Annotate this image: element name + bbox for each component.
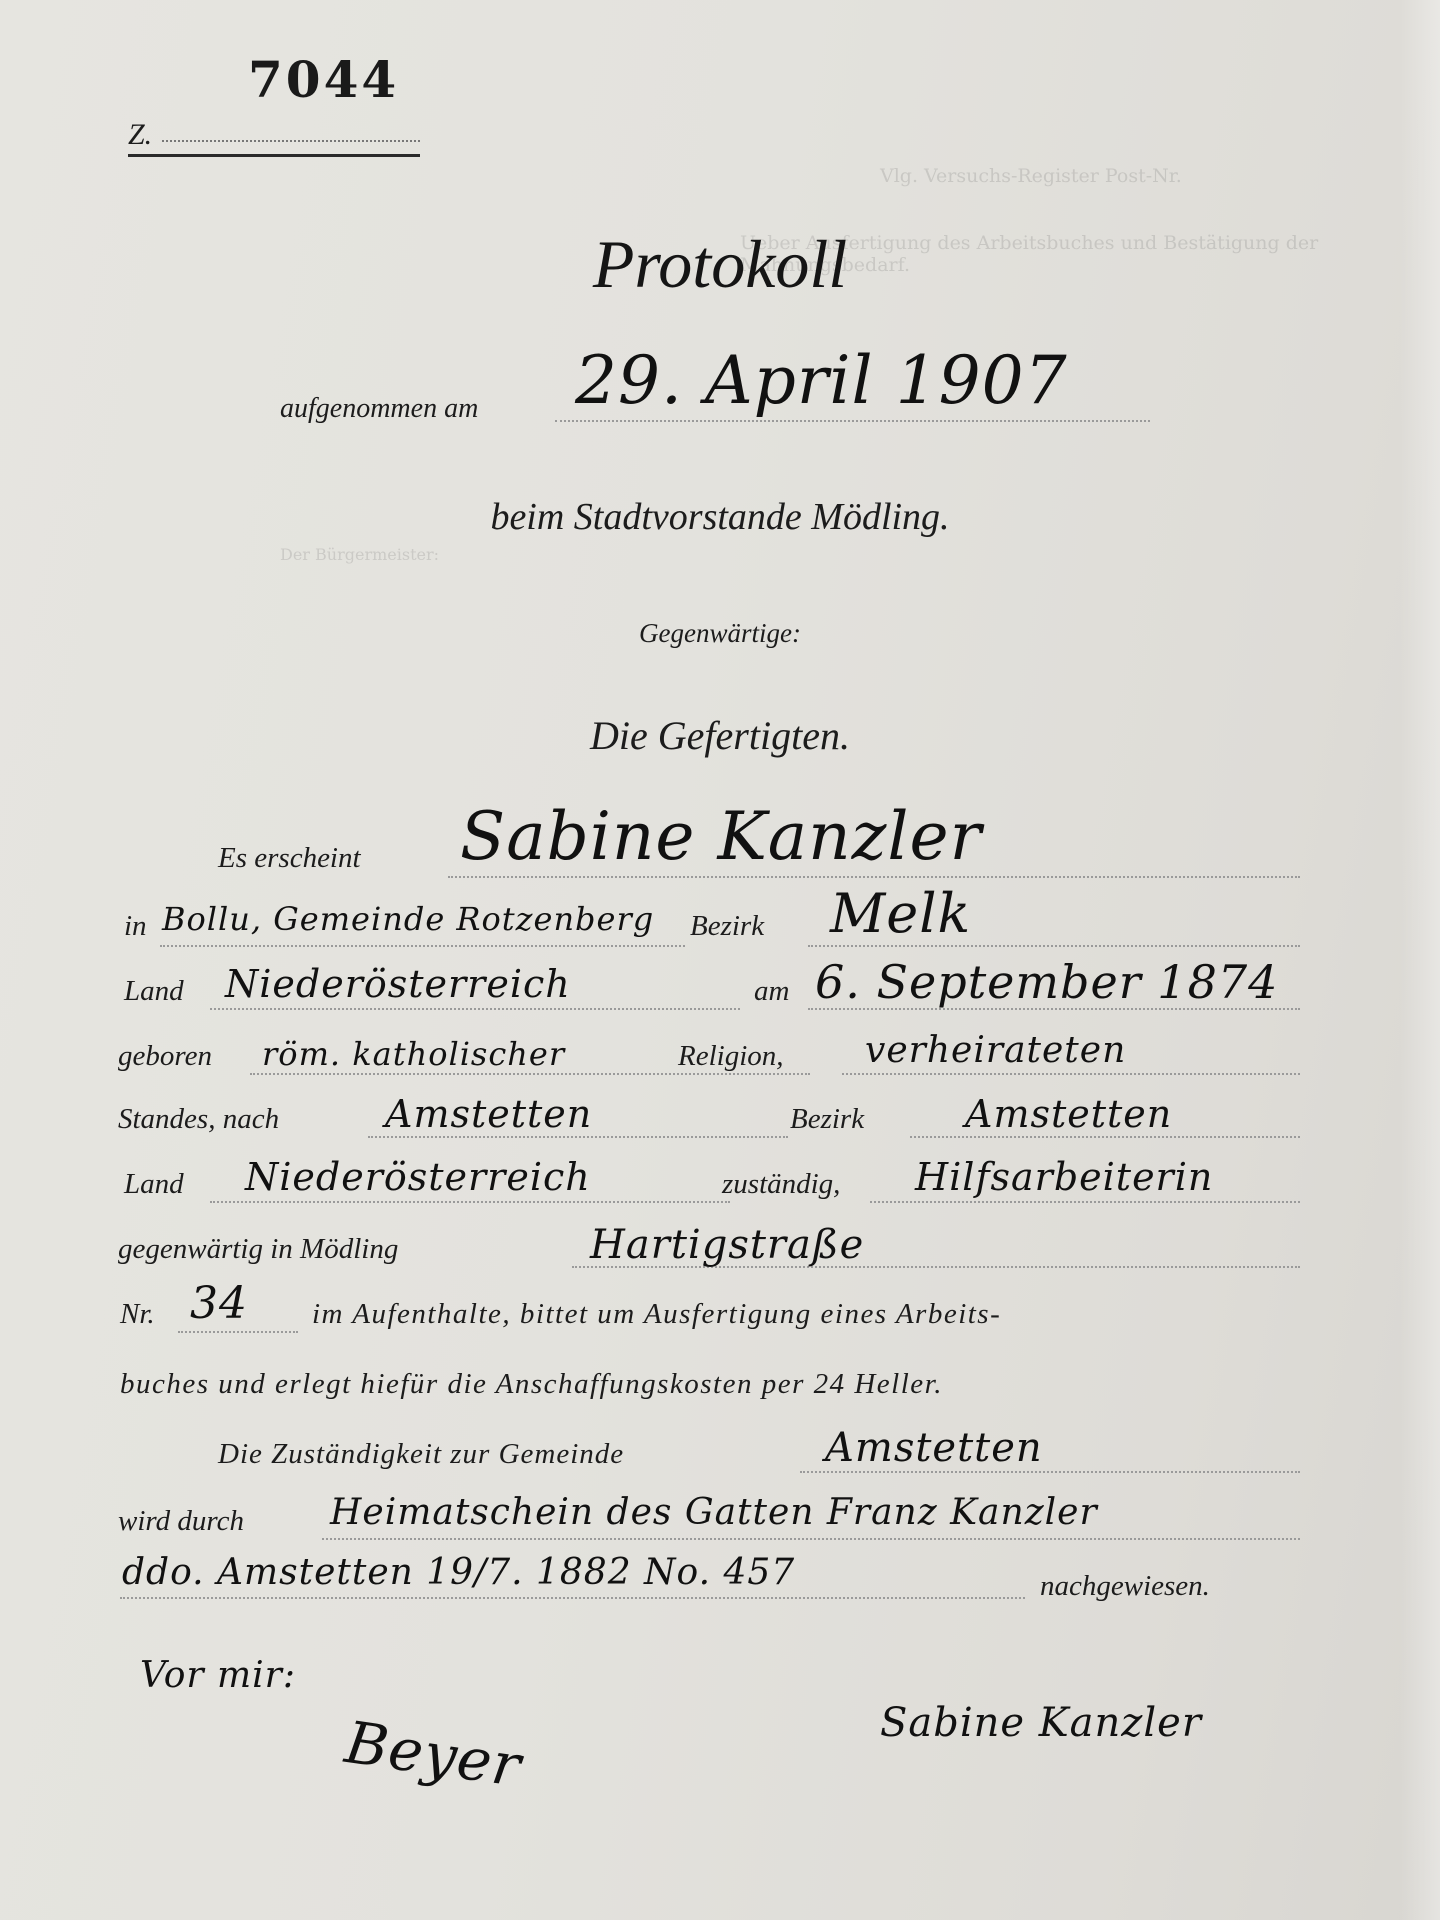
appears-value: Sabine Kanzler <box>460 798 982 875</box>
born-label: geboren <box>118 1040 212 1073</box>
number-line <box>178 1331 298 1333</box>
in-line <box>160 945 685 947</box>
applicant-signature: Sabine Kanzler <box>880 1700 1202 1746</box>
home-value: Amstetten <box>385 1092 592 1136</box>
land2-label: Land <box>124 1168 184 1201</box>
born-on-label: am <box>754 975 789 1008</box>
religion-line <box>250 1073 810 1075</box>
number-label: Nr. <box>120 1298 155 1331</box>
document-page: 7044 Z. Vlg. Versuchs-Register Post-Nr. … <box>0 0 1440 1920</box>
in-label: in <box>124 910 147 943</box>
status-label: Standes, nach <box>118 1103 279 1136</box>
proven-by-value-1: Heimatschein des Gatten Franz Kanzler <box>330 1492 1098 1533</box>
district2-line <box>910 1136 1300 1138</box>
present-in-label: gegenwärtig in Mödling <box>118 1233 398 1266</box>
born-on-value: 6. September 1874 <box>815 955 1278 1009</box>
occupation-line <box>870 1201 1300 1203</box>
proven-by-line-1 <box>322 1538 1300 1540</box>
home-line <box>368 1136 788 1138</box>
appears-line <box>448 876 1300 878</box>
status-value: verheirateten <box>865 1030 1126 1071</box>
jurisdiction-line <box>800 1471 1300 1473</box>
status-line <box>842 1073 1300 1075</box>
district2-value: Amstetten <box>965 1092 1172 1136</box>
occupation-value: Hilfsarbeiterin <box>915 1155 1213 1199</box>
land-label: Land <box>124 975 184 1008</box>
present-label: Gegenwärtige: <box>0 618 1440 649</box>
religion-label: Religion, <box>678 1040 784 1073</box>
jurisdiction-value: Amstetten <box>825 1425 1043 1471</box>
land2-value: Niederösterreich <box>245 1155 591 1199</box>
register-number: 7044 <box>248 50 399 109</box>
proven-label: nachgewiesen. <box>1040 1570 1210 1603</box>
signatories-label: Die Gefertigten. <box>0 712 1440 759</box>
responsible-label: zuständig, <box>722 1168 840 1201</box>
ghost-text-1: Vlg. Versuchs-Register Post-Nr. <box>880 165 1182 187</box>
taken-on-label: aufgenommen am <box>280 393 478 425</box>
proven-by-label: wird durch <box>118 1505 244 1538</box>
district-line <box>808 945 1300 947</box>
taken-on-line <box>555 420 1150 422</box>
ghost-text-3: Der Bürgermeister: <box>280 545 439 564</box>
in-value: Bollu, Gemeinde Rotzenberg <box>162 900 654 938</box>
z-underline <box>128 154 420 157</box>
appears-label: Es erscheint <box>218 842 361 875</box>
document-title: Protokoll <box>0 225 1440 304</box>
authority-text: beim Stadtvorstande Mödling. <box>0 495 1440 539</box>
district2-label: Bezirk <box>790 1103 864 1136</box>
number-value: 34 <box>190 1278 248 1329</box>
before-me-text: Vor mir: <box>140 1655 296 1696</box>
land-line <box>210 1008 740 1010</box>
proven-by-value-2: ddo. Amstetten 19/7. 1882 No. 457 <box>122 1552 795 1593</box>
z-dotted-line <box>162 140 420 142</box>
official-signature: Beyer <box>341 1708 526 1800</box>
district-label: Bezirk <box>690 910 764 943</box>
religion-value: röm. katholischer <box>262 1035 565 1073</box>
jurisdiction-label: Die Zuständigkeit zur Gemeinde <box>218 1438 624 1471</box>
body-line-1: im Aufenthalte, bittet um Ausfertigung e… <box>312 1298 1001 1331</box>
taken-on-value: 29. April 1907 <box>575 342 1068 419</box>
z-label: Z. <box>128 118 152 152</box>
land2-line <box>210 1201 730 1203</box>
body-line-2: buches und erlegt hiefür die Anschaffung… <box>120 1368 943 1401</box>
district-value: Melk <box>830 882 971 945</box>
proven-by-line-2 <box>120 1597 1025 1599</box>
street-value: Hartigstraße <box>590 1222 864 1268</box>
land-value: Niederösterreich <box>225 962 571 1006</box>
